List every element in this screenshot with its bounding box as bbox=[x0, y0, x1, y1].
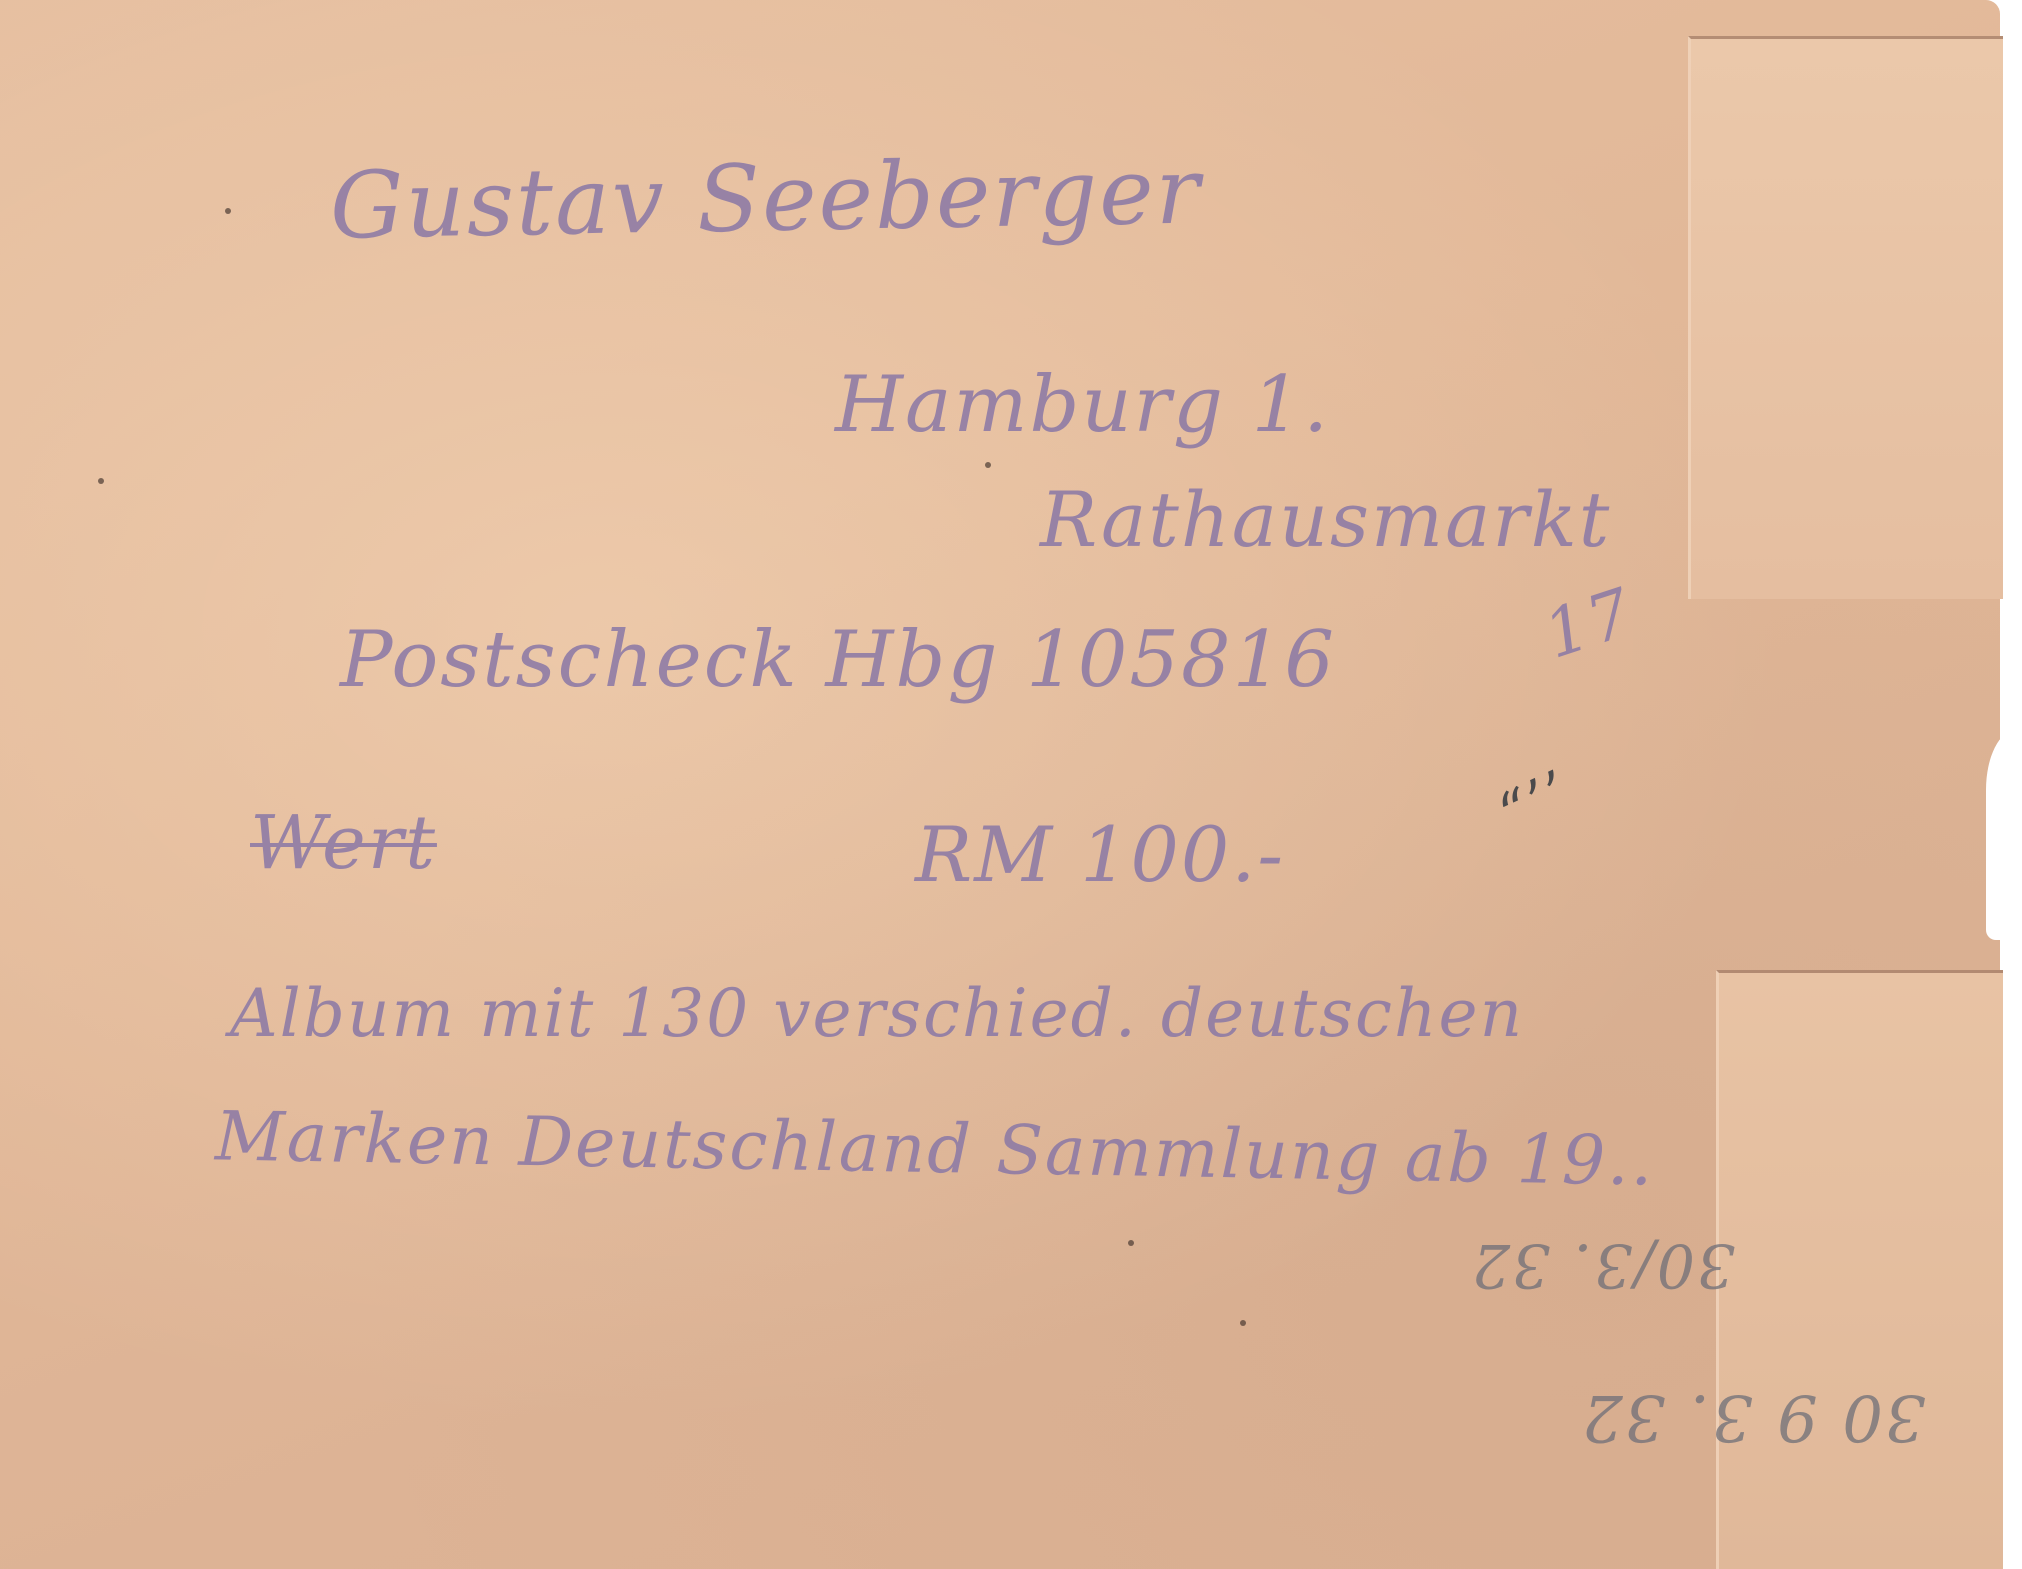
value-label-struck: Wert bbox=[250, 800, 437, 886]
sender-street: Rathausmarkt bbox=[1040, 475, 1611, 564]
envelope-flap-top bbox=[1688, 36, 2003, 599]
postal-account: Postscheck Hbg 105816 bbox=[340, 615, 1336, 705]
envelope-flap-bottom bbox=[1716, 970, 2003, 1569]
sender-city: Hamburg 1. bbox=[835, 360, 1330, 450]
value-amount: RM 100.- bbox=[915, 810, 1285, 899]
paper-speck bbox=[98, 478, 104, 484]
sender-name: Gustav Seeberger bbox=[329, 137, 1202, 259]
pencil-note-upside-1: 30/3. 32 bbox=[1470, 1230, 1735, 1300]
contents-line-2: Marken Deutschland Sammlung ab 19.. bbox=[214, 1097, 1655, 1201]
paper-speck bbox=[985, 462, 991, 468]
sender-house-number: 17 bbox=[1535, 573, 1642, 673]
contents-line-1: Album mit 130 verschied. deutschen bbox=[230, 975, 1524, 1052]
pencil-note-upside-2: 30 9 3. 32 bbox=[1580, 1380, 1926, 1454]
envelope-torn-edge bbox=[1986, 730, 2022, 940]
paper-speck bbox=[225, 208, 231, 214]
paper-speck bbox=[1240, 1320, 1246, 1326]
paper-speck bbox=[1128, 1240, 1134, 1246]
envelope-back: Gustav Seeberger Hamburg 1. Rathausmarkt… bbox=[0, 0, 2000, 1569]
ink-mark: “’’ bbox=[1490, 758, 1581, 847]
